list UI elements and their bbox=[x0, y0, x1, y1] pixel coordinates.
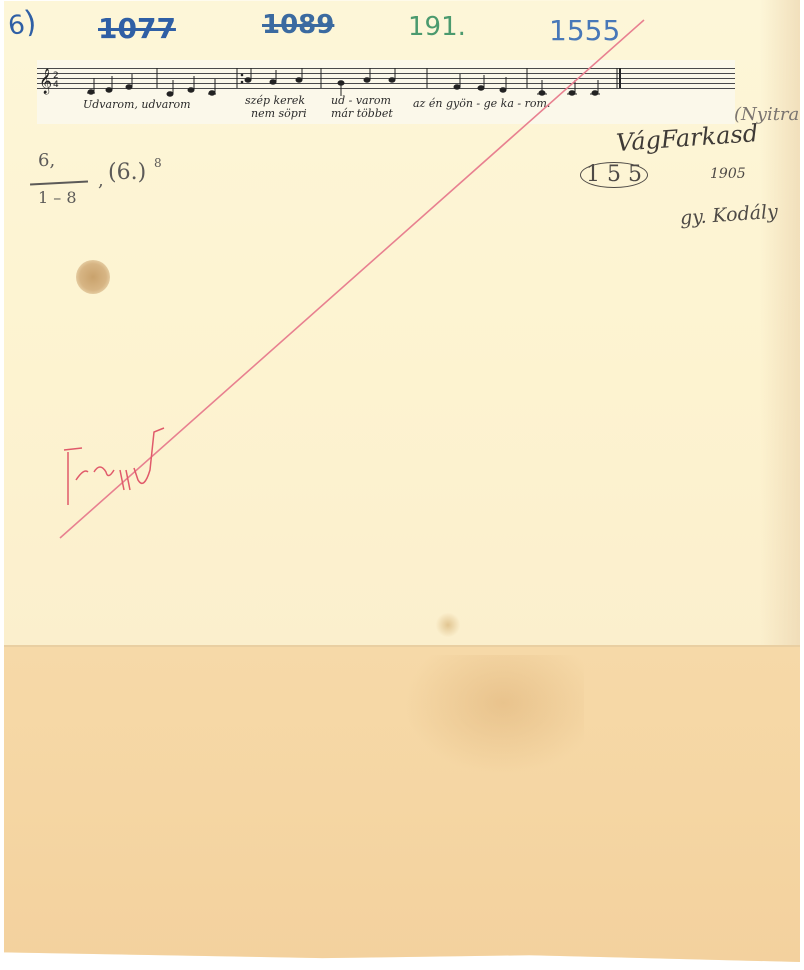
water-stain bbox=[404, 655, 584, 775]
red-pencil-diagonal bbox=[4, 0, 800, 646]
manuscript-page: 6) 1077 1089 191. 1555 𝄞 2 4 bbox=[4, 0, 800, 962]
lower-paper-section bbox=[4, 646, 800, 962]
